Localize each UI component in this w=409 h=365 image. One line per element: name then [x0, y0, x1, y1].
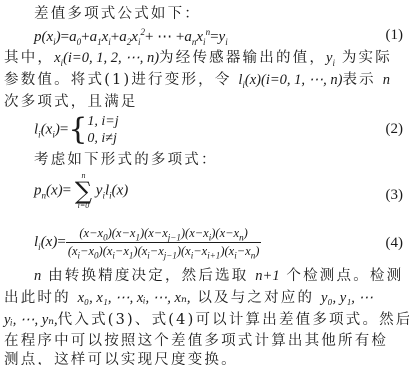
equation-number-1: (1)	[386, 27, 404, 44]
equation-2: li(xi)={1, i=j0, i≠j	[34, 113, 119, 147]
equation-number-2: (2)	[386, 121, 404, 138]
where-line-3: 次多项式，且满足	[4, 92, 405, 112]
final-line-4: 在程序中可以按照这个差值多项式计算出其他所有检	[4, 331, 405, 351]
where-line-1: 其中，xi(i=0, 1, 2, ⋯, n)为经传感器输出的值，yi 为实际	[4, 48, 405, 68]
consider-text: 考虑如下形式的多项式：	[34, 150, 405, 170]
equation-4: li(x)=(x−x0)(x−x1)(x−xj−1)(x−xi)(x−xn)(x…	[34, 226, 261, 259]
equation-number-4: (4)	[386, 235, 404, 252]
final-line-1: n 由转换精度决定，然后选取 n+1 个检测点。检测	[34, 266, 405, 286]
equation-1: p(xi)=a0+a1xi+a2xi2+ ⋯ +anxin=yi	[34, 27, 228, 46]
equation-number-3: (3)	[386, 187, 404, 204]
intro-text: 差值多项式公式如下：	[34, 4, 405, 24]
final-line-3: yᵢ, ⋯, yₙ,代入式(3)、式(4)可以计算出差值多项式。然后	[4, 310, 405, 330]
final-line-5: 测点，这样可以实现尺度变换。	[4, 350, 405, 365]
final-line-2: 出此时的 x₀, x₁, ⋯, xᵢ, ⋯, xₙ, 以及与之对应的 y₀, y…	[4, 288, 405, 308]
where-line-2: 参数值。将式(1)进行变形，令 li(x)(i=0, 1, ⋯, n)表示 n	[4, 70, 405, 90]
equation-3: pn(x)= n∑i=0 yili(x)	[34, 172, 128, 210]
